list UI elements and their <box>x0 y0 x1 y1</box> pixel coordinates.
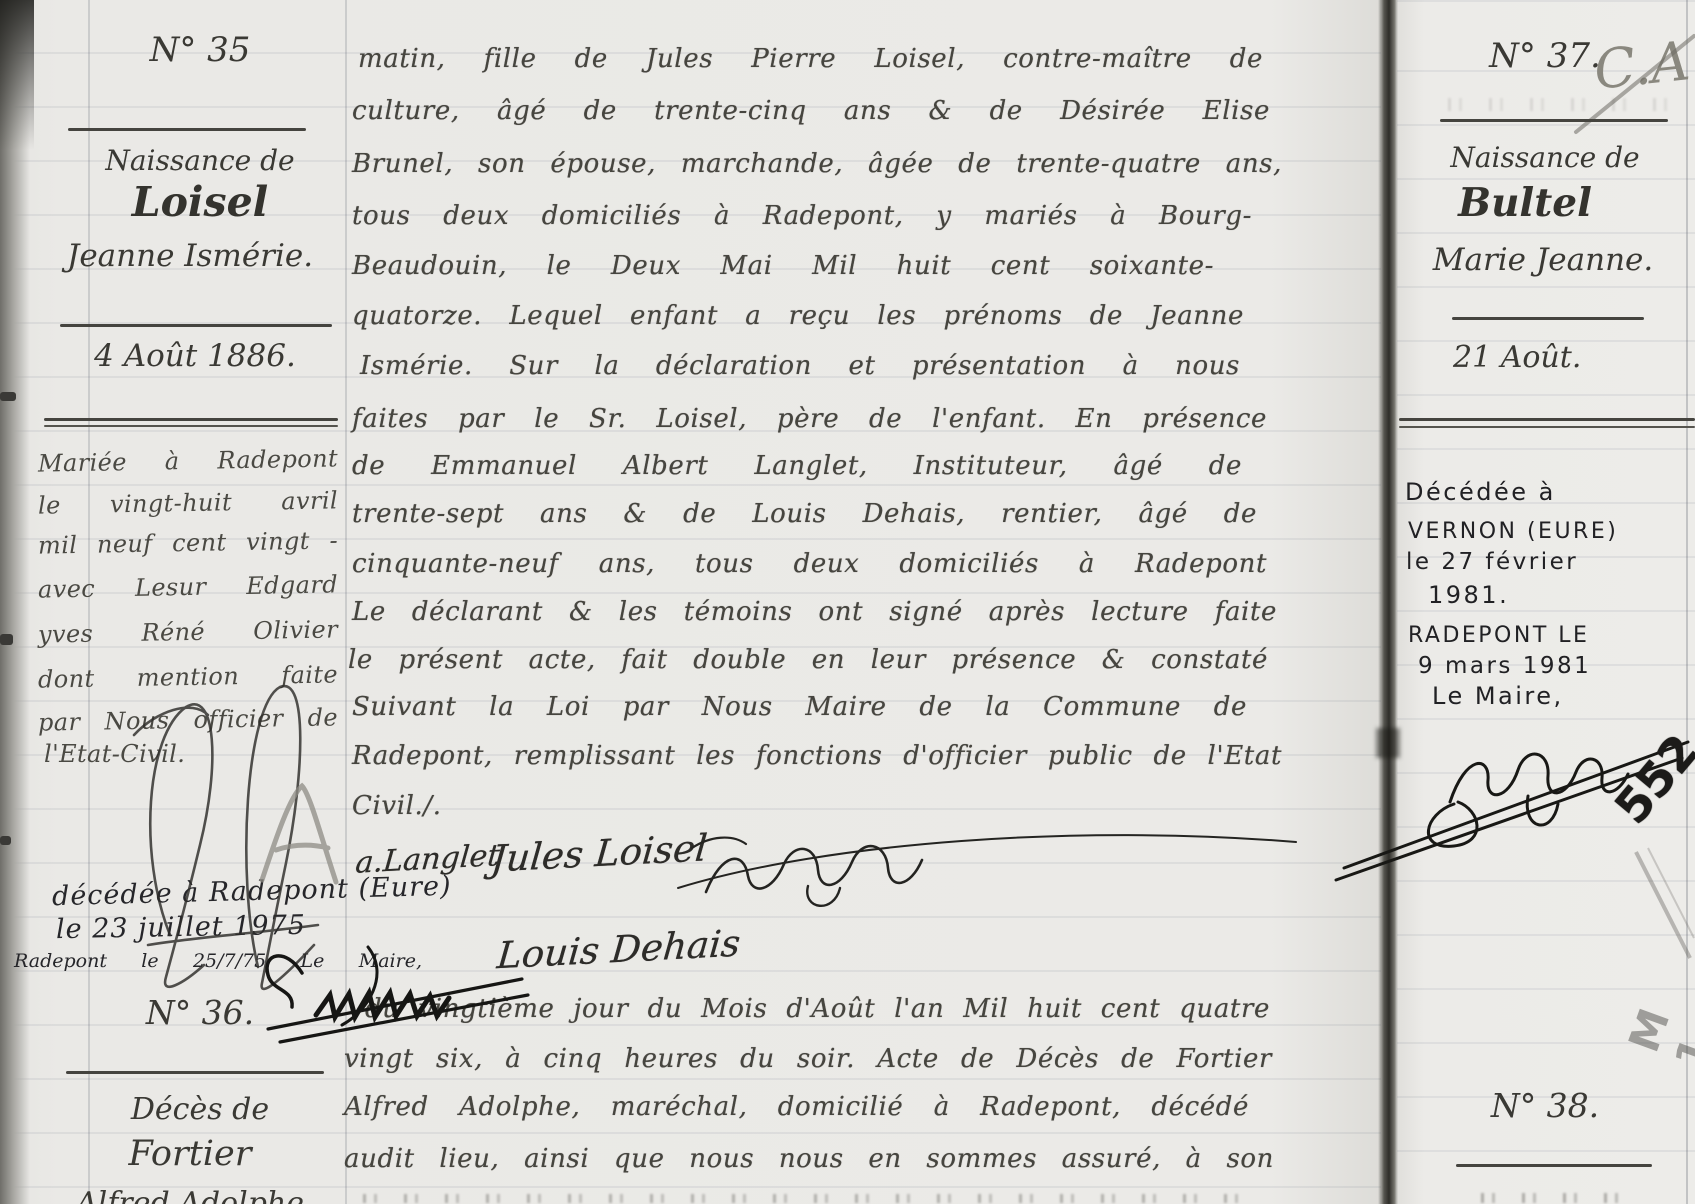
entry-number-38: N° 38. <box>1405 1086 1685 1125</box>
act-line: trente-sept ans & de Louis Dehais, renti… <box>352 498 1257 531</box>
surname-loisel: Loisel <box>60 178 340 226</box>
death-label-36: Décès de <box>60 1092 340 1127</box>
entry-number-35: N° 35 <box>60 30 340 70</box>
partial-cut-line <box>1468 1193 1638 1203</box>
death-note-1981-line: 1981. <box>1428 581 1509 609</box>
pencil-a-mark <box>252 778 352 888</box>
entry-separator <box>1399 426 1695 428</box>
act-line: Ismérie. Sur la déclaration et présentat… <box>360 350 1240 383</box>
death-note-1981-line: Décédée à <box>1405 478 1556 506</box>
act-line: matin, fille de Jules Pierre Loisel, con… <box>358 43 1263 76</box>
edge-mark <box>0 836 11 845</box>
surname-fortier: Fortier <box>50 1134 330 1174</box>
edge-mark <box>0 634 13 645</box>
surname-bultel: Bultel <box>1400 180 1650 226</box>
pencil-streak <box>1628 846 1695 966</box>
act-date-35: 4 Août 1886. <box>50 338 340 374</box>
book-binding <box>1378 0 1398 1204</box>
act-date-37: 21 Août. <box>1453 340 1581 375</box>
act-line: quatorze. Lequel enfant a reçu les préno… <box>352 300 1244 333</box>
register-scan: N° 35 Naissance de Loisel Jeanne Ismérie… <box>0 0 1695 1204</box>
page-edge <box>0 0 30 1204</box>
act-line: Le déclarant & les témoins ont signé apr… <box>352 596 1277 629</box>
signature-flourish <box>648 792 1308 922</box>
act-line: cinquante-neuf ans, tous deux domiciliés… <box>352 548 1267 581</box>
page-edge-shadow <box>0 0 34 150</box>
act-line: audit lieu, ainsi que nous nous en somme… <box>344 1143 1274 1176</box>
birth-label-37: Naissance de <box>1405 141 1685 174</box>
act-line: faites par le Sr. Loisel, père de l'enfa… <box>352 403 1267 436</box>
cancellation-scribble <box>250 945 550 1050</box>
act-line: Radepont, remplissant les fonctions d'of… <box>352 740 1282 773</box>
margin-divider <box>1452 317 1644 320</box>
death-note-1981-line: Le Maire, <box>1432 682 1564 710</box>
death-note-1981-line: RADEPONT LE <box>1408 623 1589 648</box>
marriage-note-line: le vingt-huit avril <box>38 486 338 519</box>
marriage-note-line: avec Lesur Edgard <box>38 570 338 603</box>
death-note-1981-line: VERNON (EURE) <box>1408 519 1618 544</box>
entry-separator <box>44 418 338 421</box>
act-line: Alfred Adolphe, maréchal, domicilié à Ra… <box>344 1091 1249 1124</box>
margin-divider <box>60 324 332 327</box>
act-line: Suivant la Loi par Nous Maire de la Comm… <box>352 691 1247 724</box>
entry-separator <box>1399 418 1695 421</box>
partial-cut-line <box>350 1194 1250 1203</box>
given-names-35: Jeanne Ismérie. <box>40 238 340 274</box>
erased-ghost-text <box>1435 98 1683 111</box>
act-line: tous deux domiciliés à Radepont, y marié… <box>352 200 1252 233</box>
death-note-1981-line: 9 mars 1981 <box>1418 653 1591 679</box>
act-line: culture, âgé de trente-cinq ans & de Dés… <box>352 95 1270 128</box>
margin-divider <box>66 1071 324 1074</box>
margin-divider <box>1440 119 1668 122</box>
edge-mark <box>0 392 16 401</box>
act-line: le présent acte, fait double en leur pré… <box>348 644 1268 677</box>
act-line: Brunel, son épouse, marchande, âgée de t… <box>352 148 1282 181</box>
death-note-1981-line: le 27 février <box>1406 549 1578 575</box>
entry-separator <box>44 425 338 427</box>
margin-divider <box>68 128 306 131</box>
act-line: Beaudouin, le Deux Mai Mil huit cent soi… <box>352 250 1214 283</box>
given-names-37: Marie Jeanne. <box>1398 242 1688 278</box>
birth-label-35: Naissance de <box>60 144 340 177</box>
act-line: de Emmanuel Albert Langlet, Instituteur,… <box>352 450 1242 483</box>
marriage-note-line: Mariée à Radepont <box>38 444 338 477</box>
act-closing: Civil./. <box>352 790 442 823</box>
partial-name-cut: Alfred Adolphe <box>40 1186 340 1204</box>
margin-divider <box>1456 1164 1652 1167</box>
marriage-note-line: mil neuf cent vingt - <box>38 526 338 559</box>
